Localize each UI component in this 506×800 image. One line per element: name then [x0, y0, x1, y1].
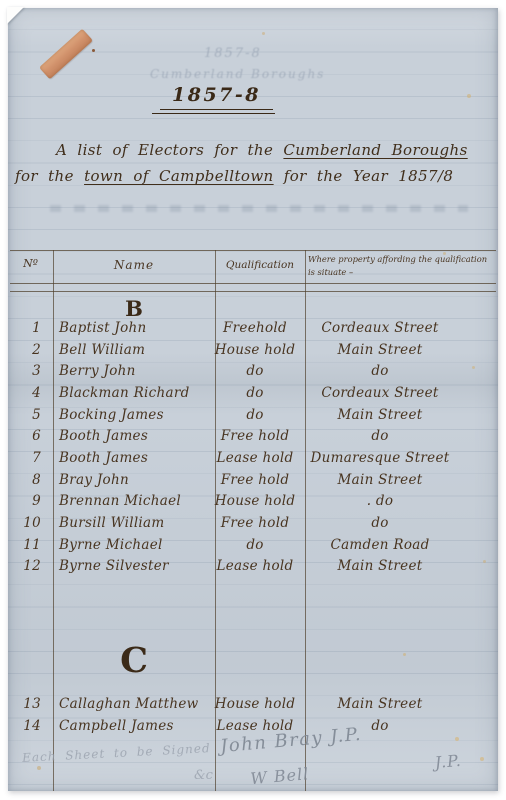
- cell-name: Bray John: [48, 472, 210, 488]
- subtitle-text: for the: [15, 167, 84, 185]
- ink-showthrough: [50, 205, 468, 212]
- cell-where: Camden Road: [300, 537, 460, 553]
- rows: 1Baptist JohnFreeholdCordeaux Street2Bel…: [8, 317, 498, 577]
- table-row: 2Bell WilliamHouse holdMain Street: [8, 339, 498, 361]
- title-text: 1857-8: [160, 84, 273, 110]
- cell-qual: do: [210, 537, 300, 553]
- cell-no: 12: [8, 558, 48, 574]
- cell-name: Baptist John: [48, 320, 210, 336]
- header-bottom-line: [10, 283, 496, 284]
- subtitle-line-2: for the town of Campbelltown for the Yea…: [15, 167, 453, 185]
- cell-qual: House hold: [210, 696, 300, 712]
- cell-where: Main Street: [300, 472, 460, 488]
- signature-bell-title: J.P.: [434, 751, 462, 772]
- header-bottom-line-2: [10, 291, 496, 292]
- foxing-spot: [37, 766, 41, 770]
- cell-where: Cordeaux Street: [300, 320, 460, 336]
- cell-qual: House hold: [210, 493, 300, 509]
- signature-bell-name: W Bell: [250, 764, 310, 788]
- ghost-subtitle: Cumberland Boroughs: [150, 67, 325, 81]
- cell-name: Booth James: [48, 450, 210, 466]
- pencil-note: Each Sheet to be Signed: [22, 741, 211, 765]
- subtitle-text: A list of Electors for the: [56, 141, 283, 159]
- cell-qual: do: [210, 407, 300, 423]
- cell-no: 13: [8, 696, 48, 712]
- cell-name: Bell William: [48, 342, 210, 358]
- cell-where: do: [300, 428, 460, 444]
- table-row: 12Byrne SilvesterLease holdMain Street: [8, 556, 498, 578]
- cell-where: Main Street: [300, 407, 460, 423]
- cell-qual: Freehold: [210, 320, 300, 336]
- cell-qual: House hold: [210, 342, 300, 358]
- header-where-line1: Where property affording the qualificati…: [308, 254, 496, 264]
- cell-no: 4: [8, 385, 48, 401]
- table-row: 1Baptist JohnFreeholdCordeaux Street: [8, 317, 498, 339]
- subtitle-underlined: town of Campbelltown: [84, 167, 274, 185]
- cell-no: 2: [8, 342, 48, 358]
- cell-no: 8: [8, 472, 48, 488]
- cell-qual: Lease hold: [210, 558, 300, 574]
- section-letter: C: [53, 640, 215, 681]
- cell-name: Bursill William: [48, 515, 210, 531]
- cell-qual: Free hold: [210, 515, 300, 531]
- table-row: 7Booth JamesLease holdDumaresque Street: [8, 447, 498, 469]
- cell-where: Main Street: [300, 558, 460, 574]
- rows: 13Callaghan MatthewHouse holdMain Street…: [8, 693, 498, 736]
- cell-name: Byrne Silvester: [48, 558, 210, 574]
- foxing-spot: [262, 32, 265, 35]
- table-row: 11Byrne MichaeldoCamden Road: [8, 534, 498, 556]
- cell-where: Dumaresque Street: [300, 450, 460, 466]
- cell-no: 5: [8, 407, 48, 423]
- foxing-spot: [480, 757, 484, 761]
- cell-no: 3: [8, 363, 48, 379]
- cell-qual: do: [210, 363, 300, 379]
- subtitle-underlined: Cumberland Boroughs: [283, 141, 467, 159]
- foxing-spot: [467, 94, 471, 98]
- subtitle-text: for the Year 1857/8: [274, 167, 454, 185]
- cell-no: 11: [8, 537, 48, 553]
- table-row: 6Booth JamesFree holddo: [8, 425, 498, 447]
- table-row: 13Callaghan MatthewHouse holdMain Street: [8, 693, 498, 715]
- cell-name: Byrne Michael: [48, 537, 210, 553]
- table-row: 10Bursill WilliamFree holddo: [8, 512, 498, 534]
- tape-fragment: [39, 29, 93, 80]
- ghost-title: 1857-8: [204, 46, 262, 61]
- cell-no: 6: [8, 428, 48, 444]
- table-row: 8Bray JohnFree holdMain Street: [8, 469, 498, 491]
- title-underline: [152, 113, 275, 114]
- cell-no: 14: [8, 718, 48, 734]
- table-top-line: [10, 250, 496, 251]
- ink-speck: [92, 49, 95, 52]
- cell-no: 9: [8, 493, 48, 509]
- signature-bell: W Bell J.P.: [250, 751, 463, 788]
- cell-name: Brennan Michael: [48, 493, 210, 509]
- cell-where: Main Street: [300, 696, 460, 712]
- cell-where: . do: [300, 493, 460, 509]
- foxing-spot: [403, 653, 406, 656]
- cell-no: 1: [8, 320, 48, 336]
- cell-qual: Free hold: [210, 472, 300, 488]
- cell-qual: do: [210, 385, 300, 401]
- cell-qual: Free hold: [210, 428, 300, 444]
- pencil-note-etc: &c: [194, 768, 213, 783]
- table-row: 3Berry Johndodo: [8, 360, 498, 382]
- table-row: 5Bocking JamesdoMain Street: [8, 404, 498, 426]
- cell-name: Booth James: [48, 428, 210, 444]
- cell-name: Blackman Richard: [48, 385, 210, 401]
- table-row: 9Brennan MichaelHouse hold. do: [8, 491, 498, 513]
- cell-where: Cordeaux Street: [300, 385, 460, 401]
- table-row: 4Blackman RicharddoCordeaux Street: [8, 382, 498, 404]
- cell-name: Bocking James: [48, 407, 210, 423]
- subtitle-line-1: A list of Electors for the Cumberland Bo…: [56, 141, 468, 159]
- header-name: Name: [53, 258, 215, 272]
- cell-qual: Lease hold: [210, 450, 300, 466]
- cell-no: 7: [8, 450, 48, 466]
- document-page: 1857-8 Cumberland Boroughs 1857-8 A list…: [8, 8, 498, 791]
- cell-where: do: [300, 515, 460, 531]
- cell-no: 10: [8, 515, 48, 531]
- header-where-line2: is situate –: [308, 267, 496, 277]
- torn-corner: [7, 7, 24, 24]
- cell-where: Main Street: [300, 342, 460, 358]
- cell-name: Campbell James: [48, 718, 210, 734]
- cell-where: do: [300, 363, 460, 379]
- header-qualification: Qualification: [215, 259, 305, 271]
- header-no: Nº: [8, 257, 53, 270]
- document-title: 1857-8: [160, 84, 273, 114]
- foxing-spot: [455, 737, 459, 741]
- cell-name: Callaghan Matthew: [48, 696, 210, 712]
- cell-name: Berry John: [48, 363, 210, 379]
